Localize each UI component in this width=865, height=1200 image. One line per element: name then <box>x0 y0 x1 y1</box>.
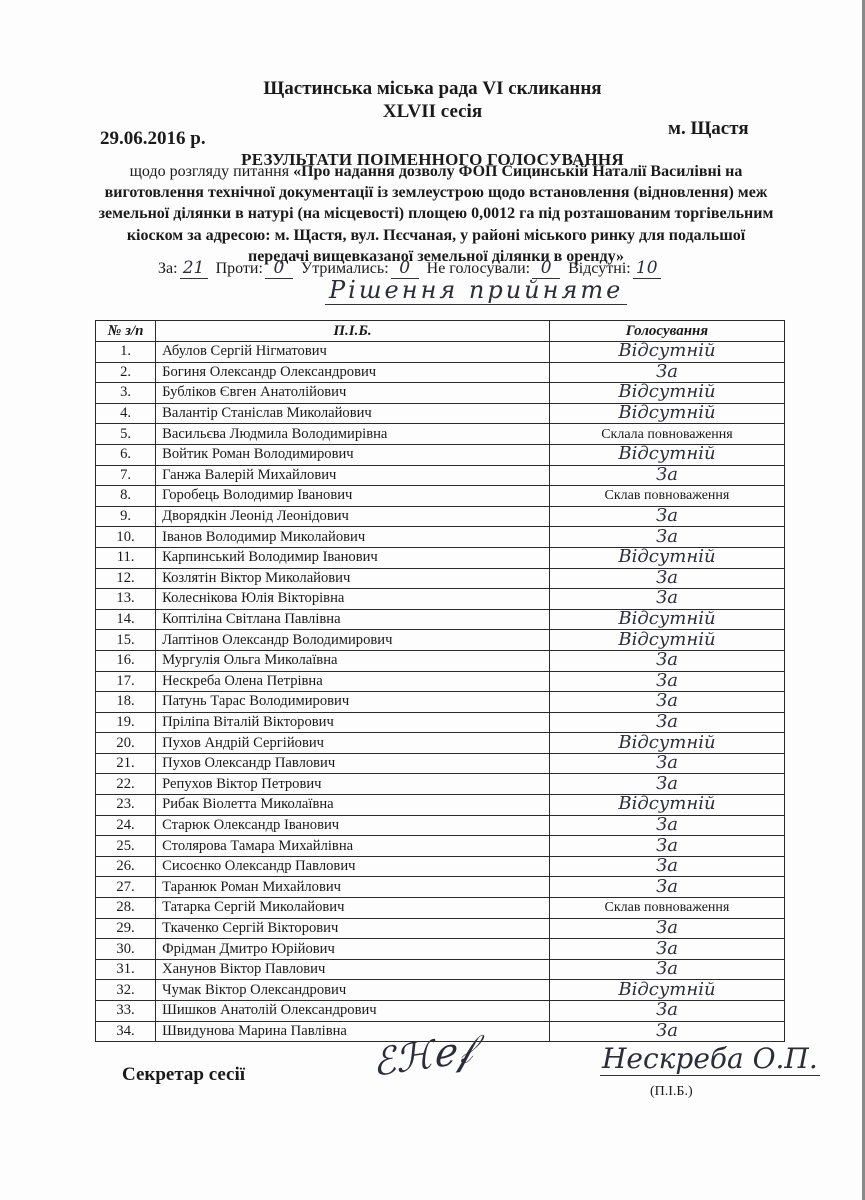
vote-cell: За <box>549 856 784 877</box>
vote-cell: За <box>549 939 784 960</box>
row-number: 7. <box>96 465 156 486</box>
table-row: 31.Ханунов Віктор ПавловичЗа <box>96 959 785 980</box>
vote-handwritten: За <box>656 917 678 938</box>
deputy-name: Мургулія Ольга Миколаївна <box>156 650 550 671</box>
table-row: 18.Патунь Тарас ВолодимировичЗа <box>96 692 785 713</box>
deputy-name: Пухов Олександр Павлович <box>156 753 550 774</box>
document-city: м. Щастя <box>668 118 749 140</box>
table-row: 26.Сисоєнко Олександр ПавловичЗа <box>96 856 785 877</box>
vote-handwritten: За <box>656 690 678 711</box>
row-number: 33. <box>96 1001 156 1022</box>
deputy-name: Абулов Сергій Нігматович <box>156 342 550 363</box>
vote-handwritten: За <box>656 711 678 732</box>
row-number: 34. <box>96 1021 156 1042</box>
deputy-name: Швидунова Марина Павлівна <box>156 1021 550 1042</box>
deputy-name: Лаптінов Олександр Володимирович <box>156 630 550 651</box>
row-number: 4. <box>96 403 156 424</box>
row-number: 17. <box>96 671 156 692</box>
deputy-name: Козлятін Віктор Миколайович <box>156 568 550 589</box>
row-number: 16. <box>96 650 156 671</box>
table-row: 4.Валантір Станіслав МиколайовичВідсутні… <box>96 403 785 424</box>
row-number: 22. <box>96 774 156 795</box>
table-row: 10.Іванов Володимир МиколайовичЗа <box>96 527 785 548</box>
vote-cell: Відсутній <box>549 795 784 816</box>
table-row: 11.Карпинський Володимир ІвановичВідсутн… <box>96 547 785 568</box>
vote-cell: За <box>549 527 784 548</box>
deputy-name: Карпинський Володимир Іванович <box>156 547 550 568</box>
subject-lead: щодо розгляду питання <box>130 163 293 180</box>
vote-handwritten: Відсутній <box>618 608 715 629</box>
row-number: 1. <box>96 342 156 363</box>
row-number: 5. <box>96 424 156 445</box>
secretary-label: Секретар сесії <box>122 1064 245 1086</box>
vote-handwritten: За <box>656 464 678 485</box>
deputy-name: Татарка Сергій Миколайович <box>156 898 550 919</box>
table-row: 2.Богиня Олександр ОлександровичЗа <box>96 362 785 383</box>
vote-cell: За <box>549 568 784 589</box>
row-number: 32. <box>96 980 156 1001</box>
vote-cell: За <box>549 362 784 383</box>
vote-handwritten: Відсутній <box>618 340 715 361</box>
roll-call-table: № з/п П.І.Б. Голосування 1.Абулов Сергій… <box>95 320 785 1042</box>
table-row: 16.Мургулія Ольга МиколаївнаЗа <box>96 650 785 671</box>
deputy-name: Ханунов Віктор Павлович <box>156 959 550 980</box>
table-row: 8.Горобець Володимир ІвановичСклав повно… <box>96 486 785 507</box>
table-row: 22.Репухов Віктор ПетровичЗа <box>96 774 785 795</box>
row-number: 12. <box>96 568 156 589</box>
vote-handwritten: За <box>656 814 678 835</box>
deputy-name: Войтик Роман Володимирович <box>156 444 550 465</box>
vote-cell: За <box>549 959 784 980</box>
row-number: 15. <box>96 630 156 651</box>
vote-cell: За <box>549 753 784 774</box>
decision-handwritten: Рішення прийняте <box>325 276 627 305</box>
row-number: 8. <box>96 486 156 507</box>
deputy-name: Пухов Андрій Сергійович <box>156 733 550 754</box>
table-row: 23.Рибак Віолетта МиколаївнаВідсутній <box>96 795 785 816</box>
table-row: 20.Пухов Андрій СергійовичВідсутній <box>96 733 785 754</box>
table-row: 12.Козлятін Віктор МиколайовичЗа <box>96 568 785 589</box>
deputy-name: Іванов Володимир Миколайович <box>156 527 550 548</box>
vote-handwritten: За <box>656 526 678 547</box>
vote-cell: Відсутній <box>549 342 784 363</box>
row-number: 29. <box>96 918 156 939</box>
table-row: 14.Коптіліна Світлана ПавлівнаВідсутній <box>96 609 785 630</box>
deputy-name: Нескреба Олена Петрівна <box>156 671 550 692</box>
vote-cell: За <box>549 650 784 671</box>
vote-cell: За <box>549 589 784 610</box>
vote-cell: Склав повноваження <box>549 486 784 507</box>
for-label: За: <box>158 260 178 277</box>
deputy-name: Фрідман Дмитро Юрійович <box>156 939 550 960</box>
vote-cell: За <box>549 836 784 857</box>
row-number: 11. <box>96 547 156 568</box>
abstained-label: Утримались: <box>301 260 389 277</box>
table-row: 25.Столярова Тамара МихайлівнаЗа <box>96 836 785 857</box>
vote-cell: Відсутній <box>549 980 784 1001</box>
vote-printed: Склав повноваження <box>605 900 730 915</box>
vote-handwritten: Відсутній <box>618 402 715 423</box>
for-value: 21 <box>180 258 208 279</box>
deputy-name: Горобець Володимир Іванович <box>156 486 550 507</box>
vote-handwritten: За <box>656 855 678 876</box>
vote-handwritten: За <box>656 505 678 526</box>
row-number: 19. <box>96 712 156 733</box>
row-number: 25. <box>96 836 156 857</box>
table-header-row: № з/п П.І.Б. Голосування <box>96 321 785 342</box>
deputy-name: Старюк Олександр Іванович <box>156 815 550 836</box>
table-row: 28.Татарка Сергій МиколайовичСклав повно… <box>96 898 785 919</box>
agenda-subject: щодо розгляду питання «Про надання дозво… <box>96 161 776 267</box>
deputy-name: Бубліков Євген Анатолійович <box>156 383 550 404</box>
deputy-name: Ткаченко Сергій Вікторович <box>156 918 550 939</box>
vote-cell: За <box>549 465 784 486</box>
vote-cell: Відсутній <box>549 547 784 568</box>
row-number: 31. <box>96 959 156 980</box>
vote-handwritten: Відсутній <box>618 979 715 1000</box>
deputy-name: Колеснікова Юлія Вікторівна <box>156 589 550 610</box>
row-number: 28. <box>96 898 156 919</box>
deputy-name: Рибак Віолетта Миколаївна <box>156 795 550 816</box>
deputy-name: Сисоєнко Олександр Павлович <box>156 856 550 877</box>
table-row: 15.Лаптінов Олександр ВолодимировичВідсу… <box>96 630 785 651</box>
table-row: 7.Ганжа Валерій МихайловичЗа <box>96 465 785 486</box>
deputy-name: Таранюк Роман Михайлович <box>156 877 550 898</box>
vote-handwritten: За <box>656 999 678 1020</box>
row-number: 18. <box>96 692 156 713</box>
row-number: 2. <box>96 362 156 383</box>
vote-cell: Склав повноваження <box>549 898 784 919</box>
absent-value: 10 <box>633 258 661 279</box>
table-row: 21.Пухов Олександр ПавловичЗа <box>96 753 785 774</box>
table-row: 3.Бубліков Євген АнатолійовичВідсутній <box>96 383 785 404</box>
table-row: 19.Пріліпа Віталій ВікторовичЗа <box>96 712 785 733</box>
vote-cell: За <box>549 1021 784 1042</box>
table-row: 30.Фрідман Дмитро ЮрійовичЗа <box>96 939 785 960</box>
vote-handwritten: За <box>656 1020 678 1041</box>
vote-cell: Відсутній <box>549 630 784 651</box>
vote-handwritten: За <box>656 876 678 897</box>
vote-handwritten: Відсутній <box>618 732 715 753</box>
vote-handwritten: Відсутній <box>618 381 715 402</box>
vote-cell: Відсутній <box>549 444 784 465</box>
vote-cell: Відсутній <box>549 733 784 754</box>
vote-handwritten: Відсутній <box>618 793 715 814</box>
vote-handwritten: За <box>656 567 678 588</box>
pib-caption: (П.І.Б.) <box>650 1084 693 1100</box>
vote-handwritten: За <box>656 835 678 856</box>
against-label: Проти: <box>216 260 263 277</box>
secretary-name-handwritten: Нескреба О.П. <box>600 1042 820 1076</box>
deputy-name: Ганжа Валерій Михайлович <box>156 465 550 486</box>
deputy-name: Богиня Олександр Олександрович <box>156 362 550 383</box>
header-vote: Голосування <box>549 321 784 342</box>
document-date: 29.06.2016 р. <box>100 128 206 150</box>
table-row: 13.Колеснікова Юлія ВікторівнаЗа <box>96 589 785 610</box>
vote-printed: Склав повноваження <box>605 488 730 503</box>
row-number: 27. <box>96 877 156 898</box>
vote-cell: За <box>549 671 784 692</box>
vote-handwritten: За <box>656 361 678 382</box>
row-number: 10. <box>96 527 156 548</box>
deputy-name: Патунь Тарас Володимирович <box>156 692 550 713</box>
vote-cell: Відсутній <box>549 403 784 424</box>
not-voted-label: Не голосували: <box>427 260 530 277</box>
vote-cell: За <box>549 1001 784 1022</box>
vote-handwritten: Відсутній <box>618 546 715 567</box>
table-row: 32.Чумак Віктор ОлександровичВідсутній <box>96 980 785 1001</box>
table-row: 6.Войтик Роман ВолодимировичВідсутній <box>96 444 785 465</box>
vote-handwritten: За <box>656 587 678 608</box>
table-row: 1.Абулов Сергій НігматовичВідсутній <box>96 342 785 363</box>
table-body: 1.Абулов Сергій НігматовичВідсутній2.Бог… <box>96 342 785 1042</box>
row-number: 13. <box>96 589 156 610</box>
row-number: 3. <box>96 383 156 404</box>
table-row: 17.Нескреба Олена ПетрівнаЗа <box>96 671 785 692</box>
vote-handwritten: За <box>656 752 678 773</box>
row-number: 14. <box>96 609 156 630</box>
deputy-name: Пріліпа Віталій Вікторович <box>156 712 550 733</box>
table-row: 5.Васильєва Людмила ВолодимирівнаСклала … <box>96 424 785 445</box>
vote-cell: Склала повноваження <box>549 424 784 445</box>
vote-handwritten: За <box>656 773 678 794</box>
deputy-name: Репухов Віктор Петрович <box>156 774 550 795</box>
row-number: 6. <box>96 444 156 465</box>
table-row: 9.Дворядкін Леонід ЛеонідовичЗа <box>96 506 785 527</box>
vote-cell: За <box>549 815 784 836</box>
against-value: 0 <box>265 258 293 279</box>
vote-handwritten: За <box>656 938 678 959</box>
row-number: 9. <box>96 506 156 527</box>
vote-printed: Склала повноваження <box>601 427 733 442</box>
row-number: 30. <box>96 939 156 960</box>
deputy-name: Чумак Віктор Олександрович <box>156 980 550 1001</box>
vote-handwritten: За <box>656 649 678 670</box>
absent-label: Відсутні: <box>568 260 631 277</box>
row-number: 23. <box>96 795 156 816</box>
table-row: 24.Старюк Олександр ІвановичЗа <box>96 815 785 836</box>
vote-cell: За <box>549 506 784 527</box>
deputy-name: Дворядкін Леонід Леонідович <box>156 506 550 527</box>
vote-cell: За <box>549 692 784 713</box>
vote-handwritten: За <box>656 958 678 979</box>
row-number: 21. <box>96 753 156 774</box>
deputy-name: Столярова Тамара Михайлівна <box>156 836 550 857</box>
table-row: 29.Ткаченко Сергій ВікторовичЗа <box>96 918 785 939</box>
vote-handwritten: За <box>656 670 678 691</box>
deputy-name: Шишков Анатолій Олександрович <box>156 1001 550 1022</box>
table-row: 33.Шишков Анатолій ОлександровичЗа <box>96 1001 785 1022</box>
vote-cell: За <box>549 918 784 939</box>
council-name: Щастинська міська рада VI скликання <box>0 78 865 100</box>
row-number: 26. <box>96 856 156 877</box>
deputy-name: Коптіліна Світлана Павлівна <box>156 609 550 630</box>
vote-cell: За <box>549 712 784 733</box>
vote-handwritten: Відсутній <box>618 629 715 650</box>
header-number: № з/п <box>96 321 156 342</box>
table-row: 27.Таранюк Роман МихайловичЗа <box>96 877 785 898</box>
vote-cell: Відсутній <box>549 383 784 404</box>
vote-cell: За <box>549 877 784 898</box>
row-number: 20. <box>96 733 156 754</box>
vote-cell: За <box>549 774 784 795</box>
deputy-name: Васильєва Людмила Володимирівна <box>156 424 550 445</box>
vote-handwritten: Відсутній <box>618 443 715 464</box>
document-page: Щастинська міська рада VI скликання XLVI… <box>0 0 865 1200</box>
row-number: 24. <box>96 815 156 836</box>
vote-cell: Відсутній <box>549 609 784 630</box>
deputy-name: Валантір Станіслав Миколайович <box>156 403 550 424</box>
header-name: П.І.Б. <box>156 321 550 342</box>
